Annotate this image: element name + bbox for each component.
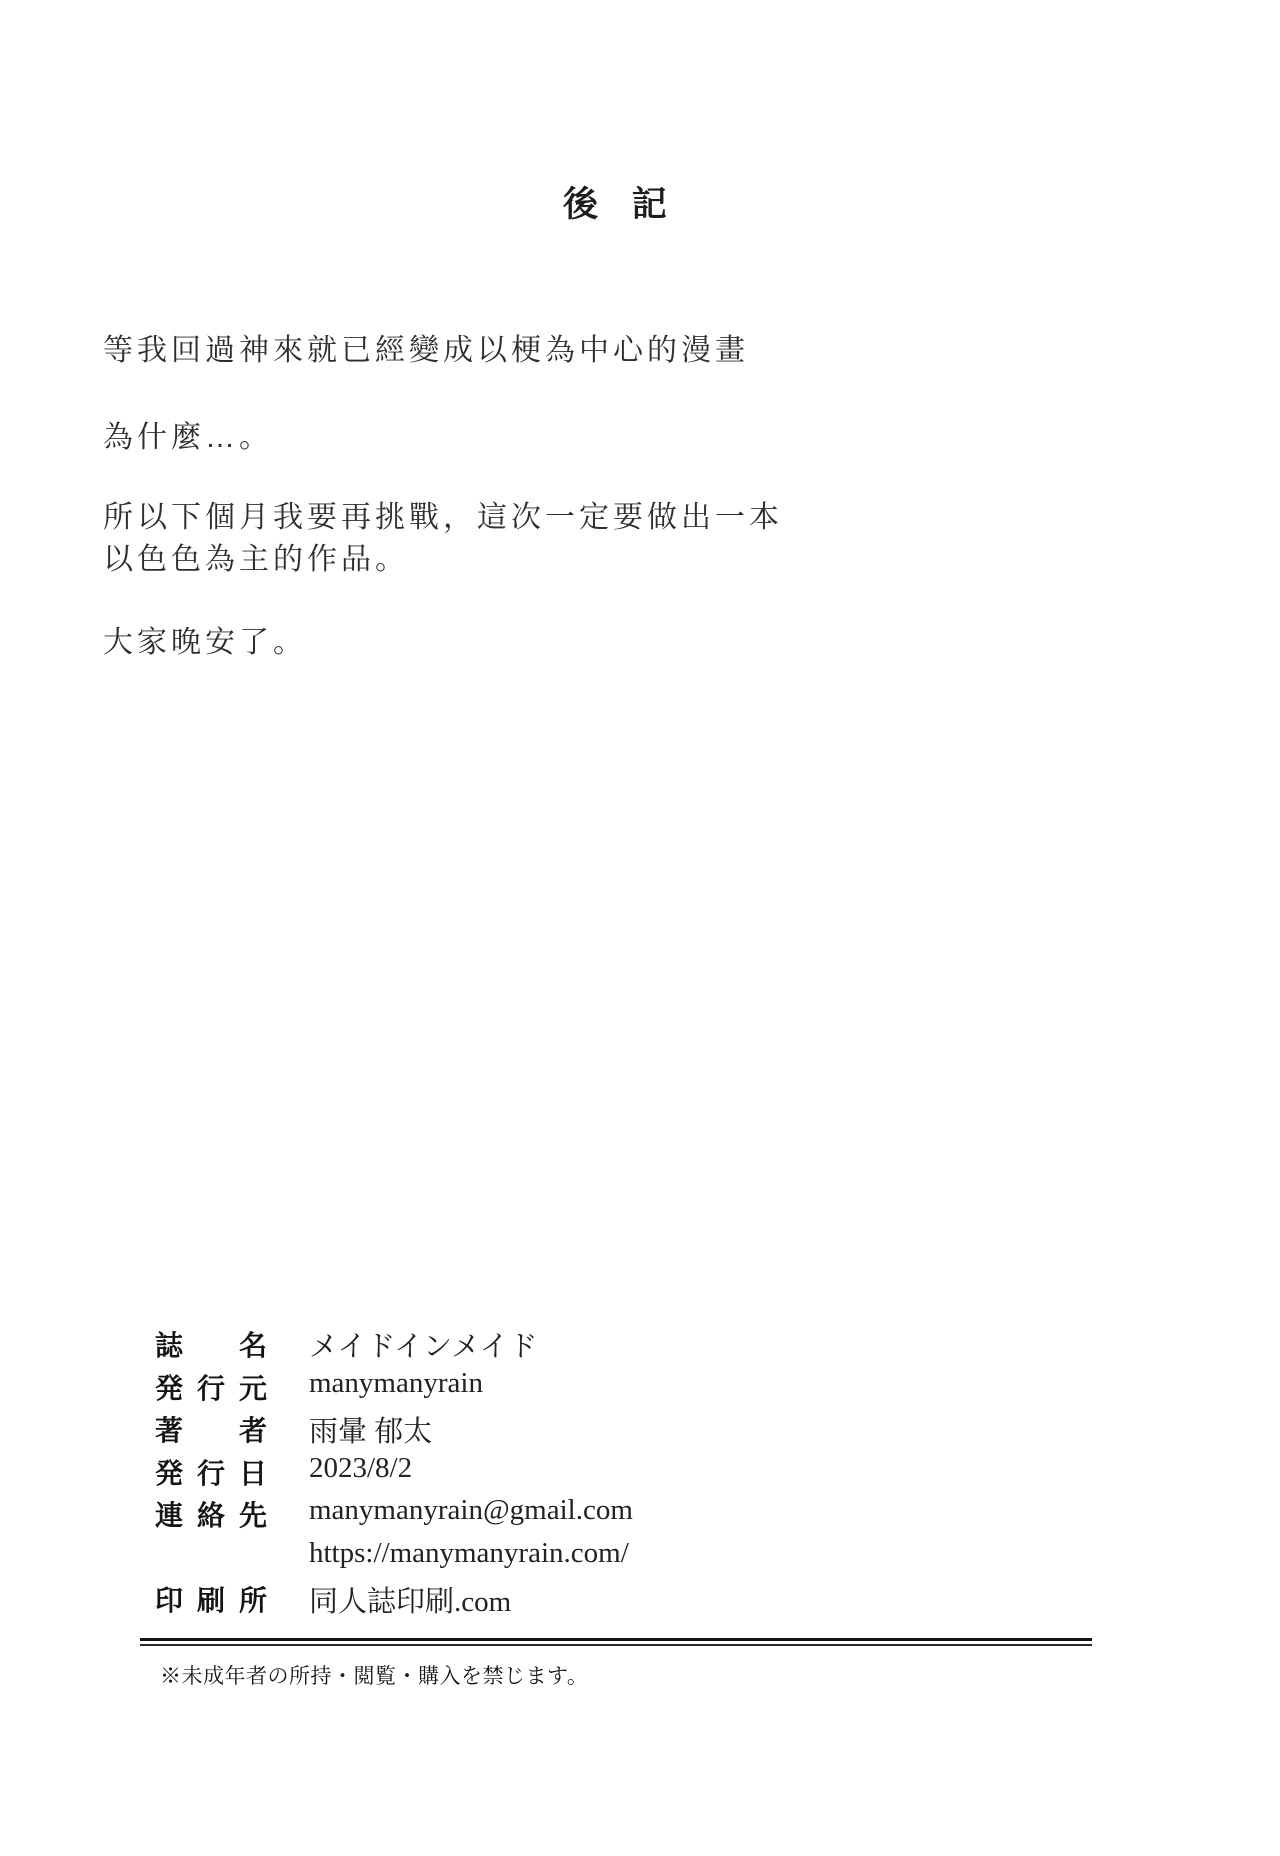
colophon-value-book-title: メイドインメイド <box>309 1324 538 1365</box>
afterword-paragraph: 所以下個月我要再挑戰，這次一定要做出一本 以色色為主的作品。 <box>103 497 1003 581</box>
colophon-value-contact-email: manymanyrain@gmail.com <box>309 1494 633 1527</box>
afterword-page: 後 記 等我回過神來就已經變成以梗為中心的漫畫 為什麼…。 所以下個月我要再挑戰… <box>0 0 1280 1856</box>
colophon-row-printer: 印刷所 同人誌印刷.com <box>155 1579 633 1622</box>
colophon-value-author: 雨暈 郁太 <box>309 1409 432 1450</box>
colophon-label: 著者 <box>155 1409 267 1449</box>
colophon-label: 発行元 <box>155 1367 267 1407</box>
colophon-label: 誌名 <box>155 1324 267 1364</box>
colophon-row-website: https://manymanyrain.com/ <box>155 1537 633 1580</box>
colophon-row-title: 誌名 メイドインメイド <box>155 1324 633 1367</box>
afterword-paragraph: 大家晚安了。 <box>103 622 1003 664</box>
colophon: 誌名 メイドインメイド 発行元 manymanyrain 著者 雨暈 郁太 発行… <box>155 1324 633 1622</box>
colophon-row-publish-date: 発行日 2023/8/2 <box>155 1452 633 1495</box>
page-title: 後 記 <box>563 177 679 227</box>
double-rule-divider <box>140 1638 1092 1646</box>
afterword-paragraph: 等我回過神來就已經變成以梗為中心的漫畫 <box>103 330 1003 372</box>
colophon-value-website-url: https://manymanyrain.com/ <box>309 1537 629 1570</box>
colophon-value-printer: 同人誌印刷.com <box>309 1579 511 1620</box>
colophon-row-author: 著者 雨暈 郁太 <box>155 1409 633 1452</box>
colophon-value-publisher: manymanyrain <box>309 1367 483 1400</box>
colophon-row-contact-email: 連絡先 manymanyrain@gmail.com <box>155 1494 633 1537</box>
afterword-body: 等我回過神來就已經變成以梗為中心的漫畫 為什麼…。 所以下個月我要再挑戰，這次一… <box>103 330 1003 664</box>
colophon-label: 連絡先 <box>155 1494 267 1534</box>
colophon-row-publisher: 発行元 manymanyrain <box>155 1367 633 1410</box>
age-restriction-notice: ※未成年者の所持・閲覧・購入を禁じます。 <box>160 1660 588 1690</box>
colophon-label: 印刷所 <box>155 1579 267 1619</box>
colophon-value-publish-date: 2023/8/2 <box>309 1452 412 1485</box>
afterword-paragraph: 為什麼…。 <box>103 417 1003 459</box>
colophon-label: 発行日 <box>155 1452 267 1492</box>
